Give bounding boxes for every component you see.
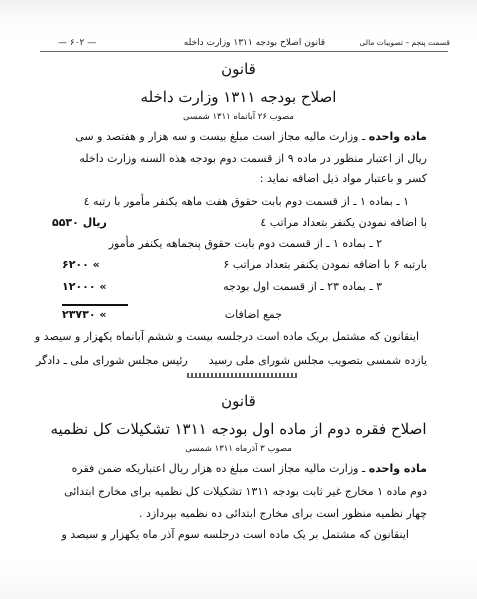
law2-label: قانون [0, 392, 477, 410]
law1-label: قانون [0, 60, 477, 78]
law1-approval-date: مصوب ۲۶ آبانماه ۱۳۱۱ شمسی [0, 112, 477, 122]
law2-title: اصلاح فقره دوم از ماده اول بودجه ۱۳۱۱ تش… [0, 420, 477, 438]
law1-item-3-line-1: ۳ ـ بماده ۲۳ ـ از قسمت اول بودجه [223, 280, 382, 293]
law2-article-line-3: چهار نظمیه منظور است برای مخارج ابتدائی … [139, 507, 427, 520]
law1-article-label: ماده واحده [369, 130, 427, 143]
sum-rule [62, 304, 128, 306]
page-number: — ۶۰۲ — [58, 38, 96, 48]
separator-wavy-rule [187, 373, 297, 378]
law1-item-2-line-1: ۲ ـ بماده ۱ ـ از قسمت دوم بابت حقوق پنجم… [109, 237, 382, 250]
law2-article-label: ماده واحده [369, 462, 427, 475]
law1-item-3-amount: ۱۲۰۰۰ « [62, 280, 107, 293]
law2-article-line-2: دوم ماده ۱ مخارج غیر ثابت بودجه ۱۳۱۱ تشک… [64, 485, 427, 498]
law1-closing-line-1: اینقانون که مشتمل بریک ماده است درجلسه ب… [35, 330, 419, 343]
law1-title: اصلاح بودجه ۱۳۱۱ وزارت داخله [0, 88, 477, 106]
law2-closing-line-1: اینقانون که مشتمل بر یک ماده است درجلسه … [62, 528, 409, 541]
law1-total-label: جمع اضافات [225, 308, 282, 321]
running-head-title: قانون اصلاح بودجه ۱۳۱۱ وزارت داخله [184, 38, 325, 48]
law1-closing-line-2: یازده شمسی بتصویب مجلس شورای ملی رسید رئ… [36, 354, 427, 367]
law1-item-1-amount: ۵۵۳۰ ریال [52, 216, 107, 229]
law1-total-amount: ۲۳۷۳۰ « [62, 308, 107, 321]
law1-item-1-line-1: ۱ ـ بماده ۱ ـ از قسمت دوم بابت حقوق هفت … [84, 195, 409, 208]
law2-article-text-1: ـ وزارت مالیه مجاز است مبلغ ده هزار ریال… [72, 462, 366, 475]
running-head: قسمت پنجم – تصویبات مالی قانون اصلاح بود… [40, 38, 450, 52]
law1-item-2-line-2: بارتبه ۶ با اضافه نمودن یکنفر بتعداد مرا… [223, 258, 427, 271]
law2-approval-date: مصوب ۳ آذرماه ۱۳۱۱ شمسی [0, 444, 477, 454]
law1-article-line-1: ماده واحده ـ وزارت مالیه مجاز است مبلغ ب… [75, 130, 427, 143]
header-rule [40, 51, 448, 52]
law1-item-1-line-2: با اضافه نمودن یکنفر بتعداد مراتب ٤ [260, 216, 427, 229]
law1-closing-text-2: یازده شمسی بتصویب مجلس شورای ملی رسید [209, 354, 427, 367]
running-head-section: قسمت پنجم – تصویبات مالی [360, 38, 450, 47]
law1-article-text-1: ـ وزارت مالیه مجاز است مبلغ بیست و سه هز… [75, 130, 365, 143]
law2-article-line-1: ماده واحده ـ وزارت مالیه مجاز است مبلغ د… [72, 462, 427, 475]
law1-signature: رئیس مجلس شورای ملی ـ دادگر [36, 354, 188, 367]
document-page: قسمت پنجم – تصویبات مالی قانون اصلاح بود… [0, 0, 477, 599]
law1-item-2-amount: ۶۲۰۰ « [62, 258, 100, 271]
law1-article-line-2: ریال از اعتبار منظور در ماده ۹ از قسمت د… [79, 152, 427, 165]
law1-article-line-3: کسر و باعتبار مواد ذیل اضافه نماید : [260, 172, 427, 185]
